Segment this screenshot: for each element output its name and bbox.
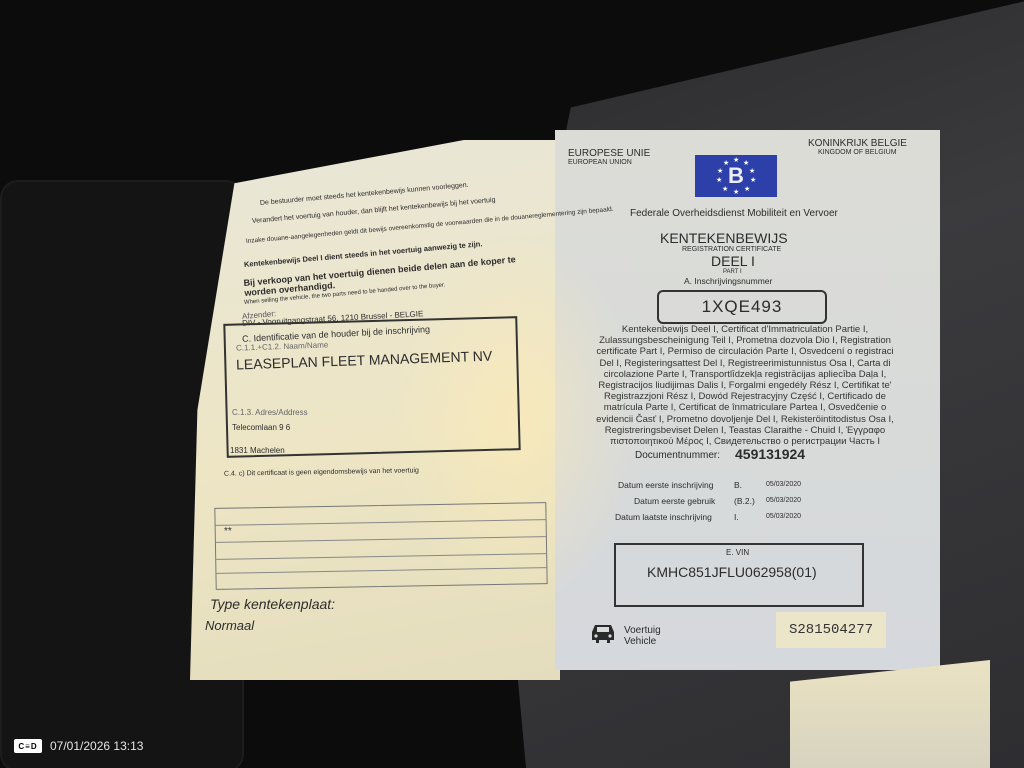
document-number-label: Documentnummer: bbox=[635, 450, 720, 461]
header-eu-nl: EUROPESE UNIE bbox=[568, 148, 650, 159]
date-first-use-value: 05/03/2020 bbox=[766, 497, 801, 504]
address-label: C.1.3. Adres/Address bbox=[232, 408, 308, 417]
date-first-registration-code: B. bbox=[734, 480, 742, 490]
vehicle-label-nl: Voertuig bbox=[624, 625, 661, 636]
address-street: Telecomlaan 9 6 bbox=[232, 423, 290, 432]
plate-number: 1XQE493 bbox=[702, 297, 783, 317]
plate-number-box: 1XQE493 bbox=[657, 290, 827, 324]
plate-label: A. Inschrijvingsnummer bbox=[684, 276, 772, 286]
part-title-en: PART I bbox=[723, 269, 742, 275]
stars-marker: ** bbox=[224, 526, 232, 537]
serial-number: S281504277 bbox=[789, 622, 873, 638]
plate-type-label: Type kentekenplaat: bbox=[210, 596, 335, 612]
camera-overlay: C≡D 07/01/2026 13:13 bbox=[14, 739, 143, 753]
date-last-registration-code: I. bbox=[734, 512, 739, 522]
plate-type-value: Normaal bbox=[205, 618, 254, 633]
agency-name: Federale Overheidsdienst Mobiliteit en V… bbox=[630, 208, 838, 219]
document-number: 459131924 bbox=[735, 446, 805, 462]
serial-stamp: S281504277 bbox=[776, 612, 886, 648]
date-first-use-label: Datum eerste gebruik bbox=[634, 496, 715, 506]
header-eu-en: EUROPEAN UNION bbox=[568, 159, 632, 166]
eu-flag-icon: ★★★ ★★★ ★★★ ★ B bbox=[695, 155, 777, 197]
date-last-registration-value: 05/03/2020 bbox=[766, 513, 801, 520]
multilingual-title-list: Kentekenbewijs Deel I, Certificat d'Imma… bbox=[590, 324, 900, 447]
photo-timestamp: 07/01/2026 13:13 bbox=[50, 739, 143, 753]
date-first-use-code: (B.2.) bbox=[734, 496, 755, 506]
registration-certificate: De bestuurder moet steeds het kentekenbe… bbox=[190, 130, 940, 670]
holder-box bbox=[223, 316, 520, 458]
vin-label: E. VIN bbox=[726, 548, 749, 557]
country-code: B bbox=[716, 156, 756, 196]
address-city: 1831 Machelen bbox=[230, 446, 285, 455]
vehicle-label-en: Vehicle bbox=[624, 636, 656, 647]
vin-number: KMHC851JFLU062958(01) bbox=[647, 564, 817, 580]
date-last-registration-label: Datum laatste inschrijving bbox=[615, 512, 712, 522]
date-first-registration-value: 05/03/2020 bbox=[766, 481, 801, 488]
header-kingdom-en: KINGDOM OF BELGIUM bbox=[818, 149, 897, 156]
car-icon bbox=[590, 622, 616, 644]
header-kingdom-nl: KONINKRIJK BELGIE bbox=[808, 138, 907, 149]
part-title: DEEL I bbox=[711, 253, 755, 269]
certificate-title-en: REGISTRATION CERTIFICATE bbox=[682, 246, 781, 253]
camera-logo-icon: C≡D bbox=[14, 739, 42, 753]
certificate-title: KENTEKENBEWIJS bbox=[660, 230, 788, 246]
date-first-registration-label: Datum eerste inschrijving bbox=[618, 480, 713, 490]
empty-table bbox=[214, 502, 547, 590]
